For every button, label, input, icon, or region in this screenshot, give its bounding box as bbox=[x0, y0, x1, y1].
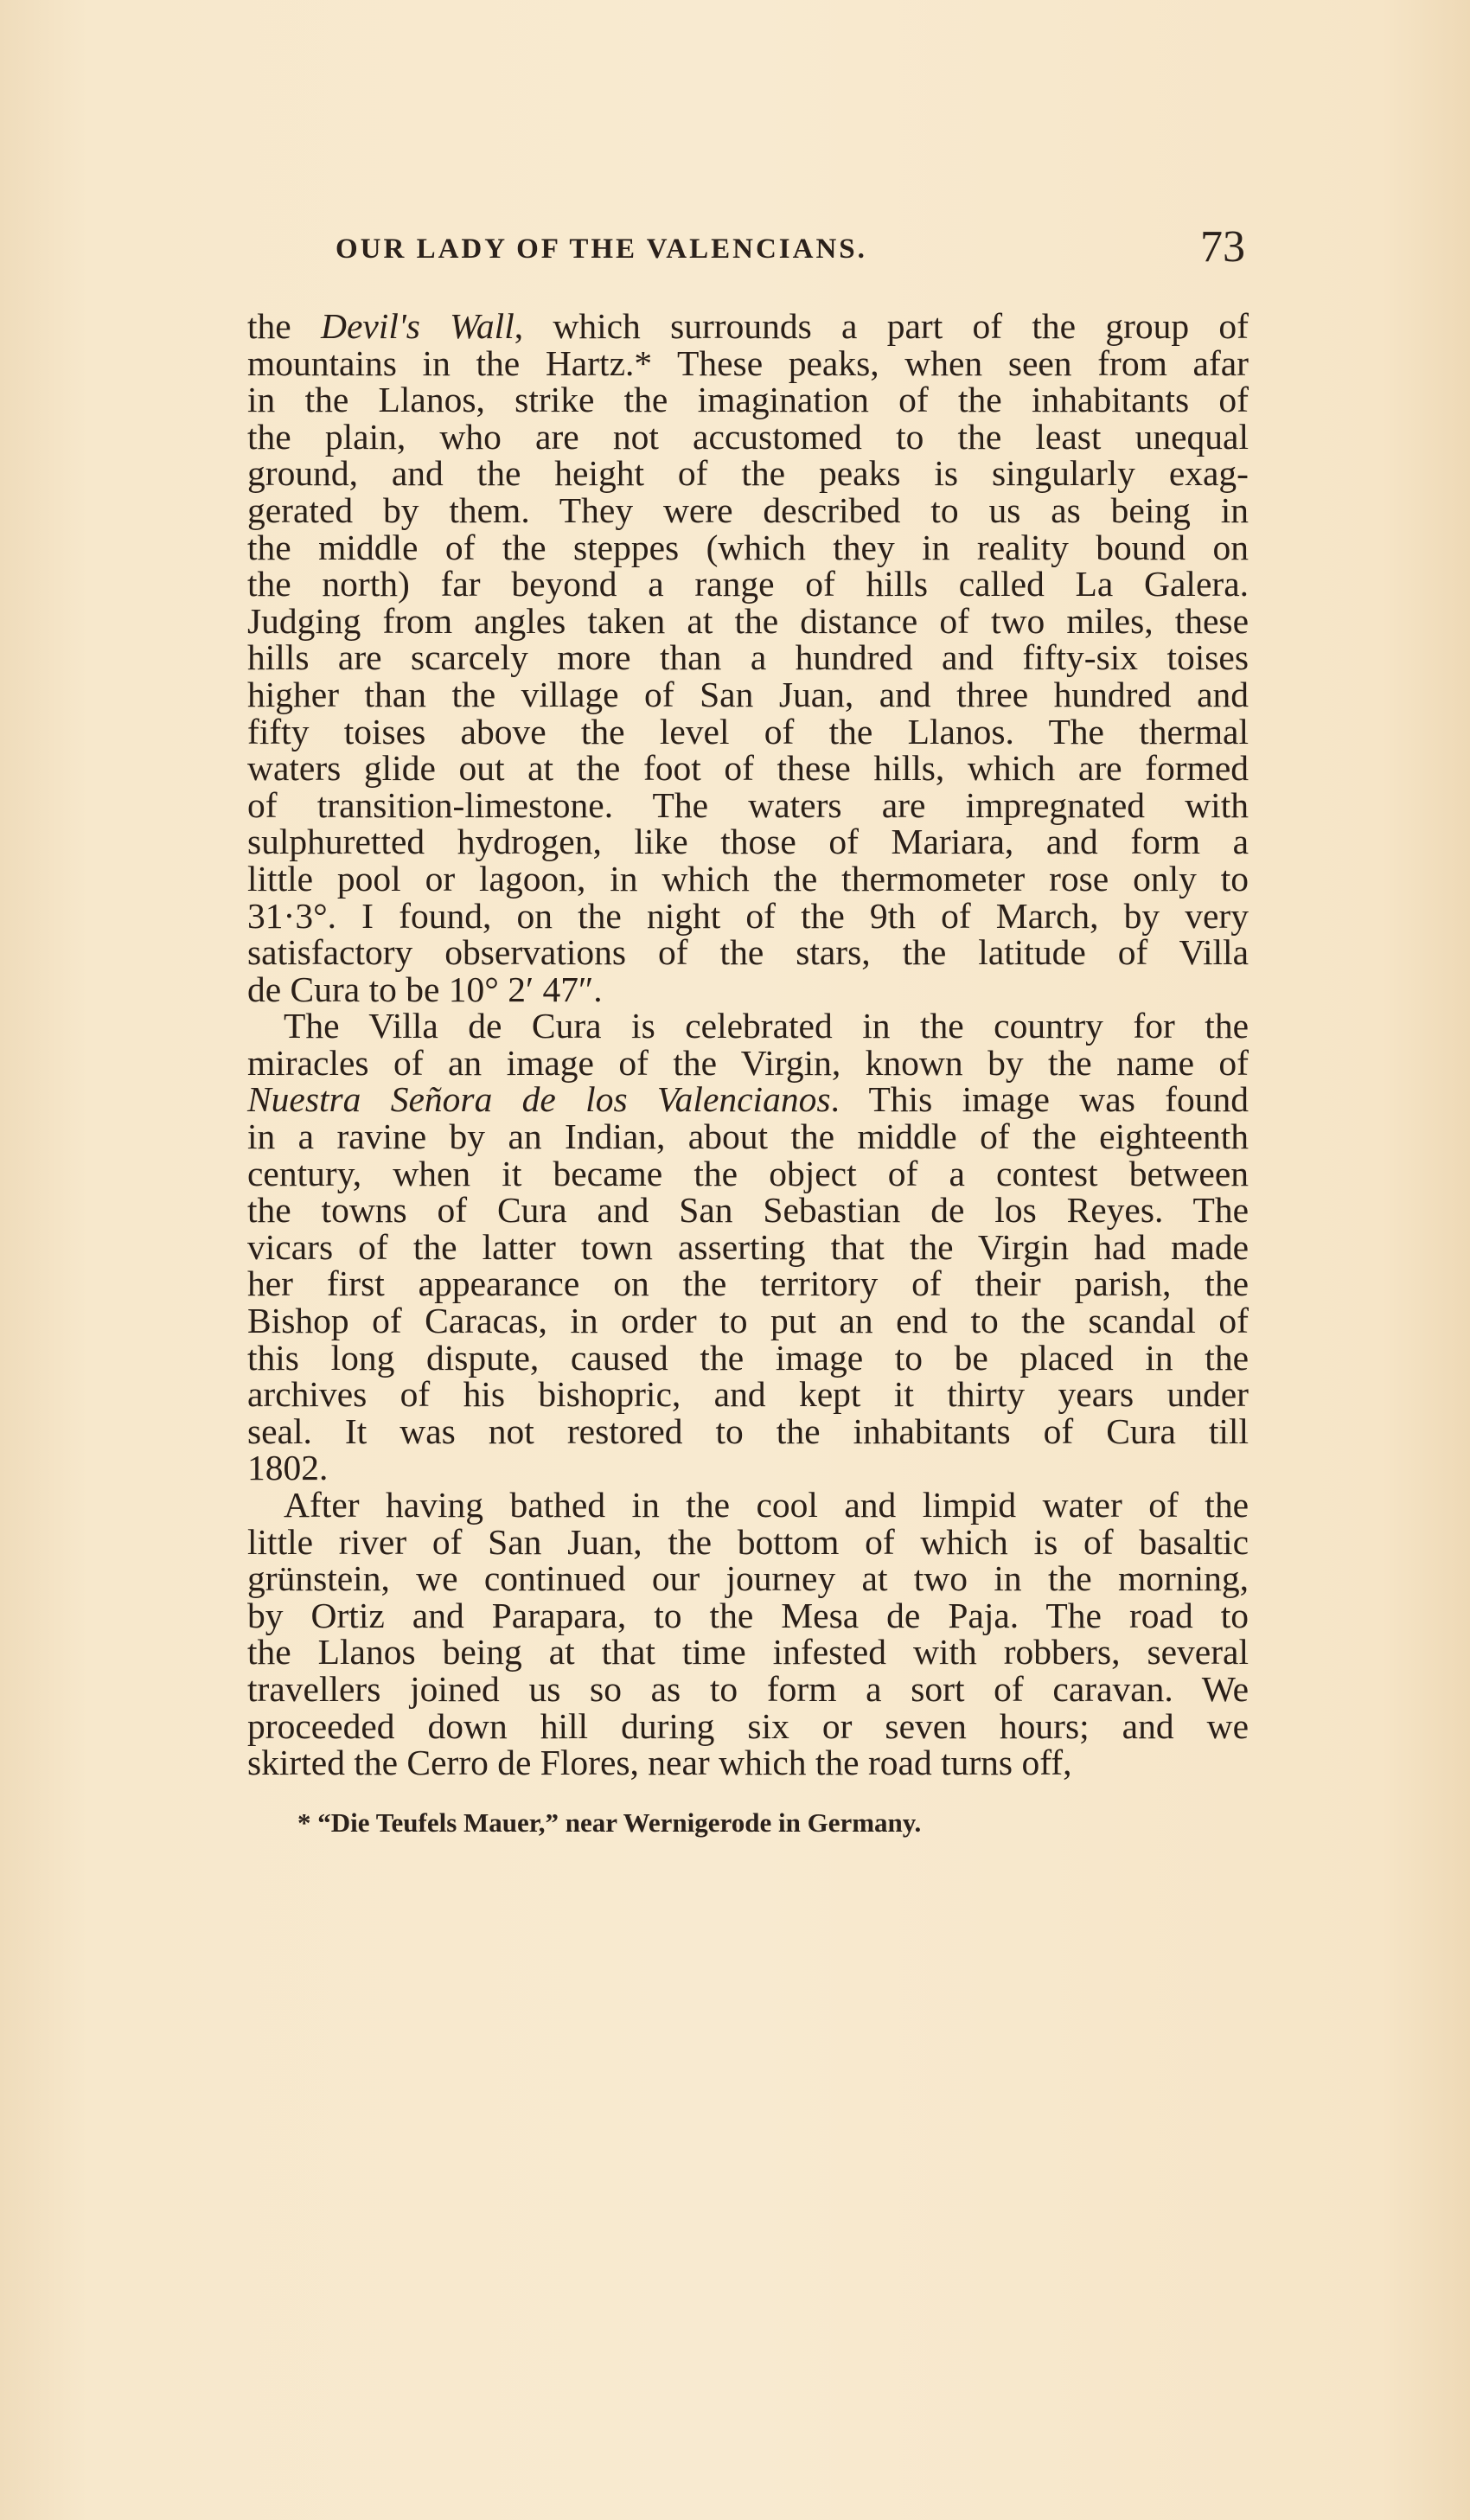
text-line: by Ortiz and Parapara, to the Mesa de Pa… bbox=[247, 1597, 1249, 1634]
text-line: satisfactory observations of the stars, … bbox=[247, 934, 1249, 971]
text-line: the middle of the steppes (which they in… bbox=[247, 529, 1249, 566]
italic-phrase: Nuestra Señora de los Valencianos bbox=[247, 1079, 831, 1119]
text-line: in the Llanos, strike the imagination of… bbox=[247, 381, 1249, 419]
text-line: proceeded down hill during six or seven … bbox=[247, 1708, 1249, 1745]
text-line: ground, and the height of the peaks is s… bbox=[247, 455, 1249, 492]
text-line: sulphuretted hydrogen, like those of Mar… bbox=[247, 823, 1249, 860]
text-line: Bishop of Caracas, in order to put an en… bbox=[247, 1302, 1249, 1340]
text-line: fifty toises above the level of the Llan… bbox=[247, 713, 1249, 751]
text-line: vicars of the latter town asserting that… bbox=[247, 1229, 1249, 1266]
text-line: The Villa de Cura is celebrated in the c… bbox=[247, 1007, 1249, 1045]
text-line: the plain, who are not accustomed to the… bbox=[247, 419, 1249, 456]
text-line: Judging from angles taken at the distanc… bbox=[247, 603, 1249, 640]
text-line: this long dispute, caused the image to b… bbox=[247, 1340, 1249, 1377]
text-line: little river of San Juan, the bottom of … bbox=[247, 1524, 1249, 1561]
italic-phrase: Devil's Wall bbox=[321, 306, 514, 346]
text-line: archives of his bishopric, and kept it t… bbox=[247, 1376, 1249, 1413]
page-number: 73 bbox=[1200, 221, 1245, 272]
text-line: seal. It was not restored to the inhabit… bbox=[247, 1413, 1249, 1450]
text-line: in a ravine by an Indian, about the midd… bbox=[247, 1118, 1249, 1155]
paragraph-devils-wall: the Devil's Wall, which surrounds a part… bbox=[247, 308, 1249, 1007]
text-line: de Cura to be 10° 2′ 47″. bbox=[247, 971, 1249, 1008]
text-line: travellers joined us so as to form a sor… bbox=[247, 1671, 1249, 1708]
text-line: gerated by them. They were described to … bbox=[247, 492, 1249, 529]
text-line: miracles of an image of the Virgin, know… bbox=[247, 1045, 1249, 1082]
text-line: the north) far beyond a range of hills c… bbox=[247, 566, 1249, 603]
text-line: 1802. bbox=[247, 1449, 1249, 1487]
text-line: 31·3°. I found, on the night of the 9th … bbox=[247, 898, 1249, 935]
text-line: her first appearance on the territory of… bbox=[247, 1265, 1249, 1302]
text-line: hills are scarcely more than a hundred a… bbox=[247, 639, 1249, 676]
running-title: OUR LADY OF THE VALENCIANS. bbox=[336, 233, 867, 265]
text-line: skirted the Cerro de Flores, near which … bbox=[247, 1744, 1249, 1781]
text-line: grünstein, we continued our journey at t… bbox=[247, 1560, 1249, 1597]
text-line: After having bathed in the cool and limp… bbox=[247, 1487, 1249, 1524]
text-line: waters glide out at the foot of these hi… bbox=[247, 750, 1249, 787]
text-line: century, when it became the object of a … bbox=[247, 1155, 1249, 1193]
paragraph-journey: After having bathed in the cool and limp… bbox=[247, 1487, 1249, 1781]
book-page: OUR LADY OF THE VALENCIANS. 73 the Devil… bbox=[247, 216, 1249, 1839]
text-line: little pool or lagoon, in which the ther… bbox=[247, 860, 1249, 898]
text-line: Nuestra Señora de los Valencianos. This … bbox=[247, 1081, 1249, 1118]
running-head: OUR LADY OF THE VALENCIANS. 73 bbox=[247, 216, 1249, 277]
text-line: mountains in the Hartz.* These peaks, wh… bbox=[247, 345, 1249, 382]
text-line: the Devil's Wall, which surrounds a part… bbox=[247, 308, 1249, 345]
text-line: the Llanos being at that time infested w… bbox=[247, 1634, 1249, 1671]
text-line: the towns of Cura and San Sebastian de l… bbox=[247, 1192, 1249, 1229]
footnote: * “Die Teufels Mauer,” near Wernigerode … bbox=[247, 1807, 1249, 1839]
text-line: higher than the village of San Juan, and… bbox=[247, 676, 1249, 713]
text-line: of transition-limestone. The waters are … bbox=[247, 787, 1249, 824]
body-text: the Devil's Wall, which surrounds a part… bbox=[247, 308, 1249, 1781]
paragraph-villa-de-cura: The Villa de Cura is celebrated in the c… bbox=[247, 1007, 1249, 1487]
